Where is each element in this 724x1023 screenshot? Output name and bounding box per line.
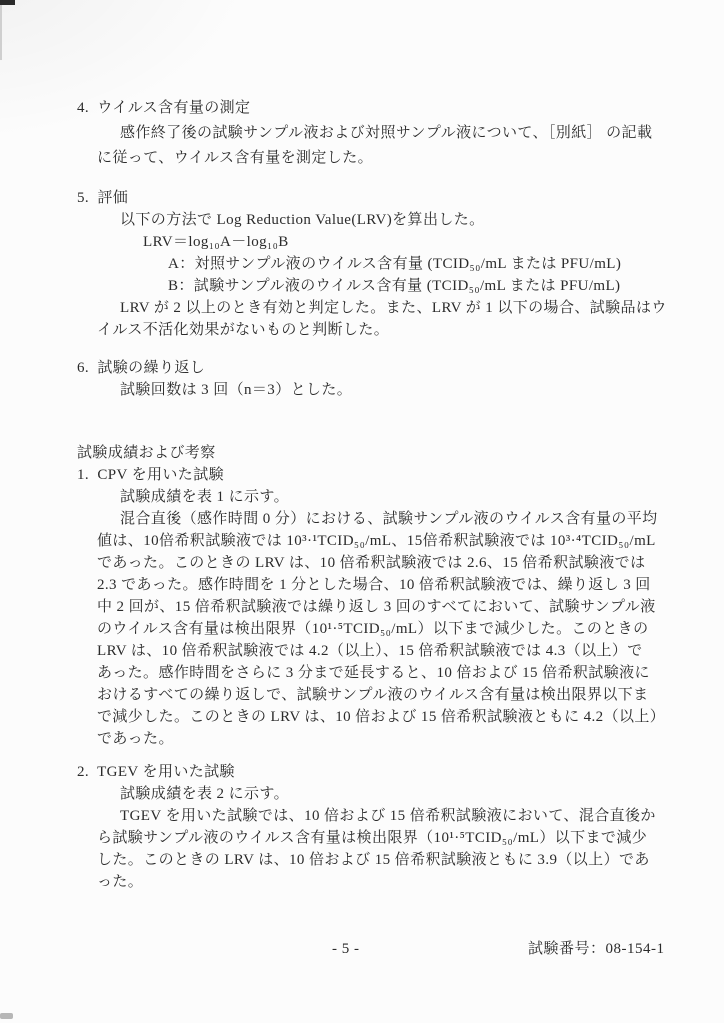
section-heading-line: 6. 試験の繰り返し — [77, 357, 677, 379]
page-number: - 5 - — [332, 938, 360, 960]
text-line: に従って、ウイルス含有量を測定した。 — [77, 146, 677, 171]
text-line: した。このときの LRV は、10 倍および 15 倍希釈試験液ともに 3.9（… — [77, 849, 677, 871]
scan-artifact-bottom-left — [0, 1013, 13, 1019]
text-line: のウイルス含有量は検出限界（10¹·⁵TCID₅₀/mL）以下まで減少した。この… — [77, 618, 677, 640]
section-heading-line: 試験成績および考察 — [77, 442, 677, 464]
section-heading-line: 5. 評価 — [77, 187, 677, 209]
text-line: イルス不活化効果がないものと判断した。 — [77, 319, 677, 341]
section-test-repetition: 6. 試験の繰り返し試験回数は 3 回（n＝3）とした。 — [77, 357, 677, 401]
text-line: 試験成績を表 2 に示す。 — [77, 783, 677, 805]
text-line: あった。感作時間をさらに 3 分まで延長すると、10 倍および 15 倍希釈試験… — [77, 662, 677, 684]
section-results-tgev: 2. TGEV を用いた試験試験成績を表 2 に示す。TGEV を用いた試験では… — [77, 761, 677, 893]
section-results-cpv: 試験成績および考察1. CPV を用いた試験試験成績を表 1 に示す。混合直後（… — [77, 442, 677, 750]
text-line: ら試験サンプル液のウイルス含有量は検出限界（10¹·⁵TCID₅₀/mL）以下ま… — [77, 827, 677, 849]
scan-artifact-top-left — [0, 0, 15, 5]
text-line: 以下の方法で Log Reduction Value(LRV)を算出した。 — [77, 209, 677, 231]
section-evaluation: 5. 評価以下の方法で Log Reduction Value(LRV)を算出し… — [77, 187, 677, 341]
section-heading-line: 4. ウイルス含有量の測定 — [77, 96, 677, 121]
text-line: LRV が 2 以上のとき有効と判定した。また、LRV が 1 以下の場合、試験… — [77, 297, 677, 319]
text-line: LRV＝log₁₀A－log₁₀B — [77, 231, 677, 253]
scan-artifact-left-edge — [0, 5, 2, 60]
text-line: 値は、10倍希釈試験液では 10³·¹TCID₅₀/mL、15倍希釈試験液では … — [77, 530, 677, 552]
scanned-document-page: 4. ウイルス含有量の測定感作終了後の試験サンプル液および対照サンプル液について… — [0, 0, 724, 1023]
section-heading-line: 2. TGEV を用いた試験 — [77, 761, 677, 783]
text-line: LRV は、10 倍希釈試験液では 4.2（以上）、15 倍希釈試験液では 4.… — [77, 640, 677, 662]
text-line: B：試験サンプル液のウイルス含有量 (TCID₅₀/mL または PFU/mL) — [77, 275, 677, 297]
text-line: であった。このときの LRV は、10 倍希釈試験液では 2.6、15 倍希釈試… — [77, 552, 677, 574]
text-line: TGEV を用いた試験では、10 倍および 15 倍希釈試験液において、混合直後… — [77, 805, 677, 827]
text-line: おけるすべての繰り返しで、試験サンプル液のウイルス含有量は検出限界以下ま — [77, 684, 677, 706]
text-line: A：対照サンプル液のウイルス含有量 (TCID₅₀/mL または PFU/mL) — [77, 253, 677, 275]
text-line: 2.3 であった。感作時間を 1 分とした場合、10 倍希釈試験液では、繰り返し… — [77, 574, 677, 596]
text-line: 試験回数は 3 回（n＝3）とした。 — [77, 379, 677, 401]
text-line: 試験成績を表 1 に示す。 — [77, 486, 677, 508]
text-line: った。 — [77, 871, 677, 893]
text-line: 混合直後（感作時間 0 分）における、試験サンプル液のウイルス含有量の平均 — [77, 508, 677, 530]
text-line: 中 2 回が、15 倍希釈試験液では繰り返し 3 回のすべてにおいて、試験サンプ… — [77, 596, 677, 618]
text-line: 感作終了後の試験サンプル液および対照サンプル液について、［別紙］ の記載 — [77, 121, 677, 146]
section-heading-line: 1. CPV を用いた試験 — [77, 464, 677, 486]
section-virus-content-measurement: 4. ウイルス含有量の測定感作終了後の試験サンプル液および対照サンプル液について… — [77, 96, 677, 171]
test-number: 試験番号：08-154-1 — [528, 938, 665, 960]
text-line: であった。 — [77, 728, 677, 750]
text-line: で減少した。このときの LRV は、10 倍および 15 倍希釈試験液ともに 4… — [77, 706, 677, 728]
